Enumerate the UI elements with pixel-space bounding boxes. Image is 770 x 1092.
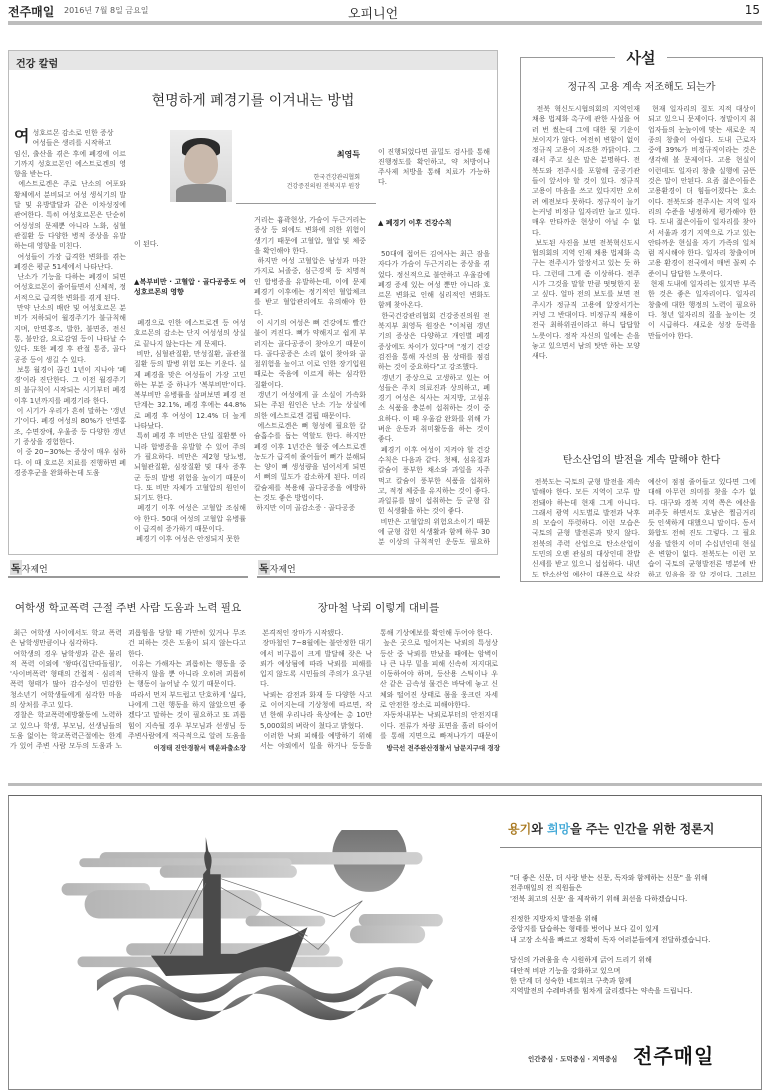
issue-date: 2016년 7월 8일 금요일 (64, 5, 149, 16)
health-column-title: 현명하게 폐경기를 이겨내는 방법 (8, 90, 498, 110)
author-name: 최영득 (280, 149, 360, 160)
author-photo (170, 130, 232, 202)
reader-proposal-2-col2: 통해 기상예보를 확인해 두어야 한다. 높은 곳으로 떨어지는 낙뢰의 특성상… (380, 628, 498, 740)
health-column-col4: 이 진행되었다면 골밀도 검사를 통해 진행정도를 확인하고, 약 처방이나 주… (378, 126, 490, 548)
health-column-col1: 여성호르몬 감소로 인한 증상 여성들은 생리를 시작하고 임신, 출산을 겪은… (14, 128, 126, 548)
reader-proposal-1-byline: 이경태 진안경찰서 백운파출소장 (128, 743, 246, 752)
editorial-2-col1: 전북도는 국토의 균형 발전을 계속 말해야 한다. 모든 지역이 고루 발전돼… (532, 477, 640, 577)
health-subhead-1: ▲복부비만 · 고혈압 · 골다공증도 여성호르몬의 영향 (134, 277, 246, 297)
page-number: 15 (745, 3, 760, 17)
author-org: 한국건강관리협회 건강증진의원 전북지부 원장 (250, 173, 360, 191)
ad-body-text: "더 좋은 신문, 더 사랑 받는 신문, 독자와 함께하는 신문" 을 위해 … (510, 873, 760, 997)
reader-proposal-1-col1: 최근 여학생 사이에서도 학교 폭력은 남학생만큼이나 심각하다. 여학생의 경… (10, 628, 122, 753)
ad-newspaper-logo: 전주매일 (633, 1040, 714, 1069)
masthead: 전주매일 2016년 7월 8일 금요일 오피니언 15 (8, 3, 762, 21)
health-subhead-2: ▲ 폐경기 이후 건강수칙 (378, 218, 490, 228)
editorial-1-col2: 현재 일자리의 질도 지적 대상이 되고 있으니 문제이다. 정말이지 취업자들… (648, 104, 756, 419)
reader-proposal-1-label: 독자제언 (10, 560, 48, 575)
ad-slogan: 용기와 희망을 주는 인간을 위한 정론지 (508, 820, 714, 837)
health-column-col2: 이 된다. ▲복부비만 · 고혈압 · 골다공증도 여성호르몬의 영향 폐경으로… (134, 218, 246, 548)
editorial-1-col1: 전북 혁신도시협의회의 지역인재 채용 법제화 촉구에 관한 사설을 여러 번 … (532, 104, 640, 419)
ad-rule (500, 847, 762, 848)
reader-proposal-2-col1: 본격적인 장마가 시작됐다. 장마철인 7~8월에는 불안정한 대기에서 비구름… (260, 628, 372, 753)
section-title: 오피니언 (348, 3, 398, 22)
reader-proposal-1-col2: 괴롭힘을 당할 때 가만히 있거나 무조건 피하는 것은 도움이 되지 않는다고… (128, 628, 246, 740)
health-column-col3: 거리는 흉곽현상, 가슴이 두근거리는 증상 등 외에도 변화에 의한 위험이 … (254, 215, 366, 548)
ship-illustration (30, 830, 470, 1060)
reader-proposal-2-label: 독자제언 (258, 560, 296, 575)
author-rule (236, 203, 376, 204)
editorial-label: 사설 (615, 47, 667, 68)
ad-tagline: 인간중심 · 도덕중심 · 지역중심 (528, 1054, 617, 1063)
editorial-1-title: 정규직 고용 계속 저조해도 되는가 (520, 78, 763, 93)
reader-proposal-2-title: 장마철 낙뢰 이렇게 대비를 (257, 600, 500, 615)
editorial-2-title: 탄소산업의 발전을 계속 말해야 한다 (520, 451, 763, 466)
reader-proposal-1-title: 여학생 학교폭력 근절 주변 사람 도움과 노력 필요 (8, 600, 248, 615)
masthead-rule (8, 21, 762, 25)
drop-cap: 여 (14, 128, 29, 144)
reader-proposal-2-byline: 방극선 전주완산경찰서 남문지구대 경장 (370, 743, 500, 752)
newspaper-logo: 전주매일 (8, 3, 54, 20)
editorial-2-col2: 예산이 점점 줄어들고 있다면 그에 대해 아무런 의미를 찾을 수가 없다. … (648, 477, 756, 577)
section-divider (8, 783, 762, 786)
